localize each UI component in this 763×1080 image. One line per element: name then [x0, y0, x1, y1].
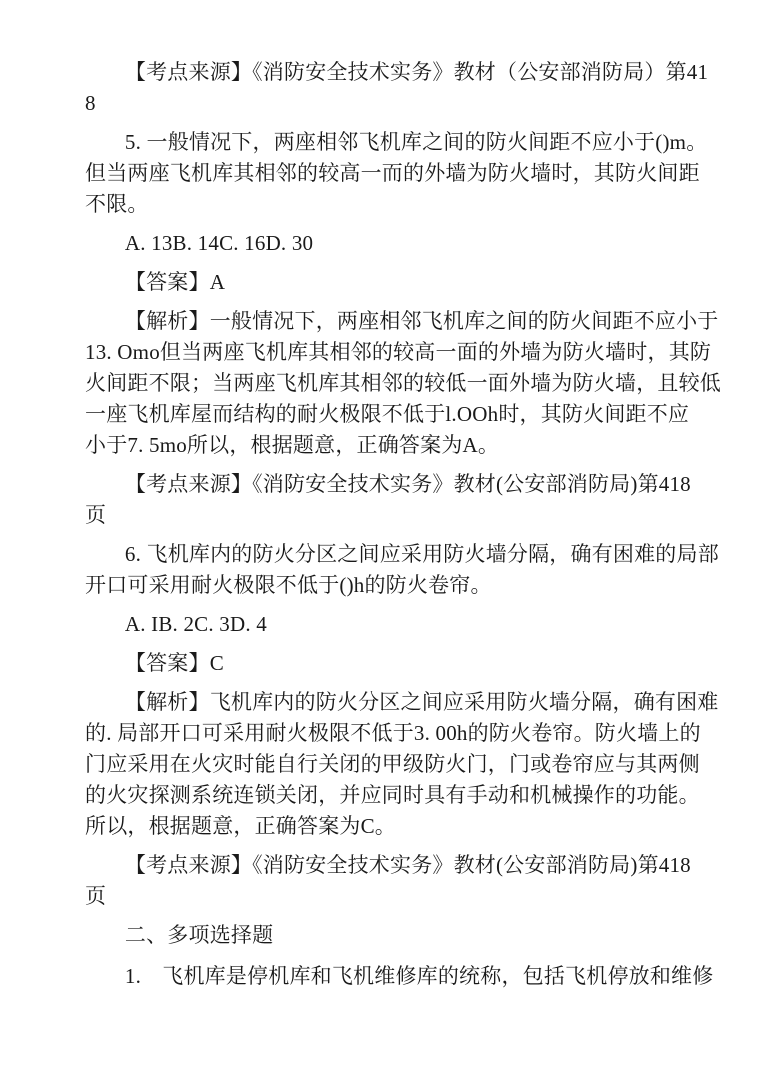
section-title: 二、多项选择题: [85, 920, 683, 951]
text-line: 火间距不限；当两座飞机库其相邻的较低一面外墙为防火墙，且较低: [85, 368, 683, 399]
multi-question-1: 1. 飞机库是停机库和飞机维修库的统称，包括飞机停放和维修: [85, 961, 683, 992]
text-line: 13. Omo但当两座飞机库其相邻的较高一面的外墙为防火墙时，其防: [85, 337, 683, 368]
answer-6: 【答案】C: [85, 648, 683, 679]
text-line: 不限。: [85, 189, 683, 220]
document-page: 【考点来源】《消防安全技术实务》教材（公安部消防局）第41 8 5. 一般情况下…: [0, 0, 763, 1080]
text-line: 【答案】A: [85, 267, 683, 298]
text-line: 小于7. 5mo所以，根据题意，正确答案为A。: [85, 430, 683, 461]
text-line: 所以，根据题意，正确答案为C。: [85, 811, 683, 842]
analysis-6: 【解析】飞机库内的防火分区之间应采用防火墙分隔，确有困难 的. 局部开口可采用耐…: [85, 687, 683, 842]
text-line: 开口可采用耐火极限不低于()h的防火卷帘。: [85, 570, 683, 601]
analysis-5: 【解析】一般情况下，两座相邻飞机库之间的防火间距不应小于 13. Omo但当两座…: [85, 306, 683, 461]
text-line: 页: [85, 881, 683, 912]
source-ref-prev-question: 【考点来源】《消防安全技术实务》教材（公安部消防局）第41 8: [85, 57, 683, 119]
question-5: 5. 一般情况下，两座相邻飞机库之间的防火间距不应小于()m。 但当两座飞机库其…: [85, 127, 683, 220]
text-line: 6. 飞机库内的防火分区之间应采用防火墙分隔，确有困难的局部: [85, 539, 683, 570]
text-line: 【解析】一般情况下，两座相邻飞机库之间的防火间距不应小于: [85, 306, 683, 337]
text-line: 5. 一般情况下，两座相邻飞机库之间的防火间距不应小于()m。: [85, 127, 683, 158]
text-line: 门应采用在火灾时能自行关闭的甲级防火门，门或卷帘应与其两侧: [85, 749, 683, 780]
text-line: 的. 局部开口可采用耐火极限不低于3. 00h的防火卷帘。防火墙上的: [85, 718, 683, 749]
text-line: 【考点来源】《消防安全技术实务》教材(公安部消防局)第418: [85, 469, 683, 500]
section-heading-multiple-choice: 二、多项选择题: [85, 920, 683, 951]
text-line: A. 13B. 14C. 16D. 30: [85, 228, 683, 259]
options-6: A. IB. 2C. 3D. 4: [85, 609, 683, 640]
text-line: A. IB. 2C. 3D. 4: [85, 609, 683, 640]
source-ref-6: 【考点来源】《消防安全技术实务》教材(公安部消防局)第418 页: [85, 850, 683, 912]
text-line: 【答案】C: [85, 648, 683, 679]
question-6: 6. 飞机库内的防火分区之间应采用防火墙分隔，确有困难的局部 开口可采用耐火极限…: [85, 539, 683, 601]
options-5: A. 13B. 14C. 16D. 30: [85, 228, 683, 259]
text-line: 一座飞机库屋而结构的耐火极限不低于l.OOh时，其防火间距不应: [85, 399, 683, 430]
text-line: 【考点来源】《消防安全技术实务》教材（公安部消防局）第41: [85, 57, 683, 88]
source-ref-5: 【考点来源】《消防安全技术实务》教材(公安部消防局)第418 页: [85, 469, 683, 531]
text-line: 1. 飞机库是停机库和飞机维修库的统称，包括飞机停放和维修: [85, 961, 683, 992]
text-line: 但当两座飞机库其相邻的较高一而的外墙为防火墙时，其防火间距: [85, 158, 683, 189]
text-line: 的火灾探测系统连锁关闭，并应同时具有手动和机械操作的功能。: [85, 780, 683, 811]
text-line: 8: [85, 88, 683, 119]
text-line: 页: [85, 500, 683, 531]
text-line: 【考点来源】《消防安全技术实务》教材(公安部消防局)第418: [85, 850, 683, 881]
answer-5: 【答案】A: [85, 267, 683, 298]
text-line: 【解析】飞机库内的防火分区之间应采用防火墙分隔，确有困难: [85, 687, 683, 718]
